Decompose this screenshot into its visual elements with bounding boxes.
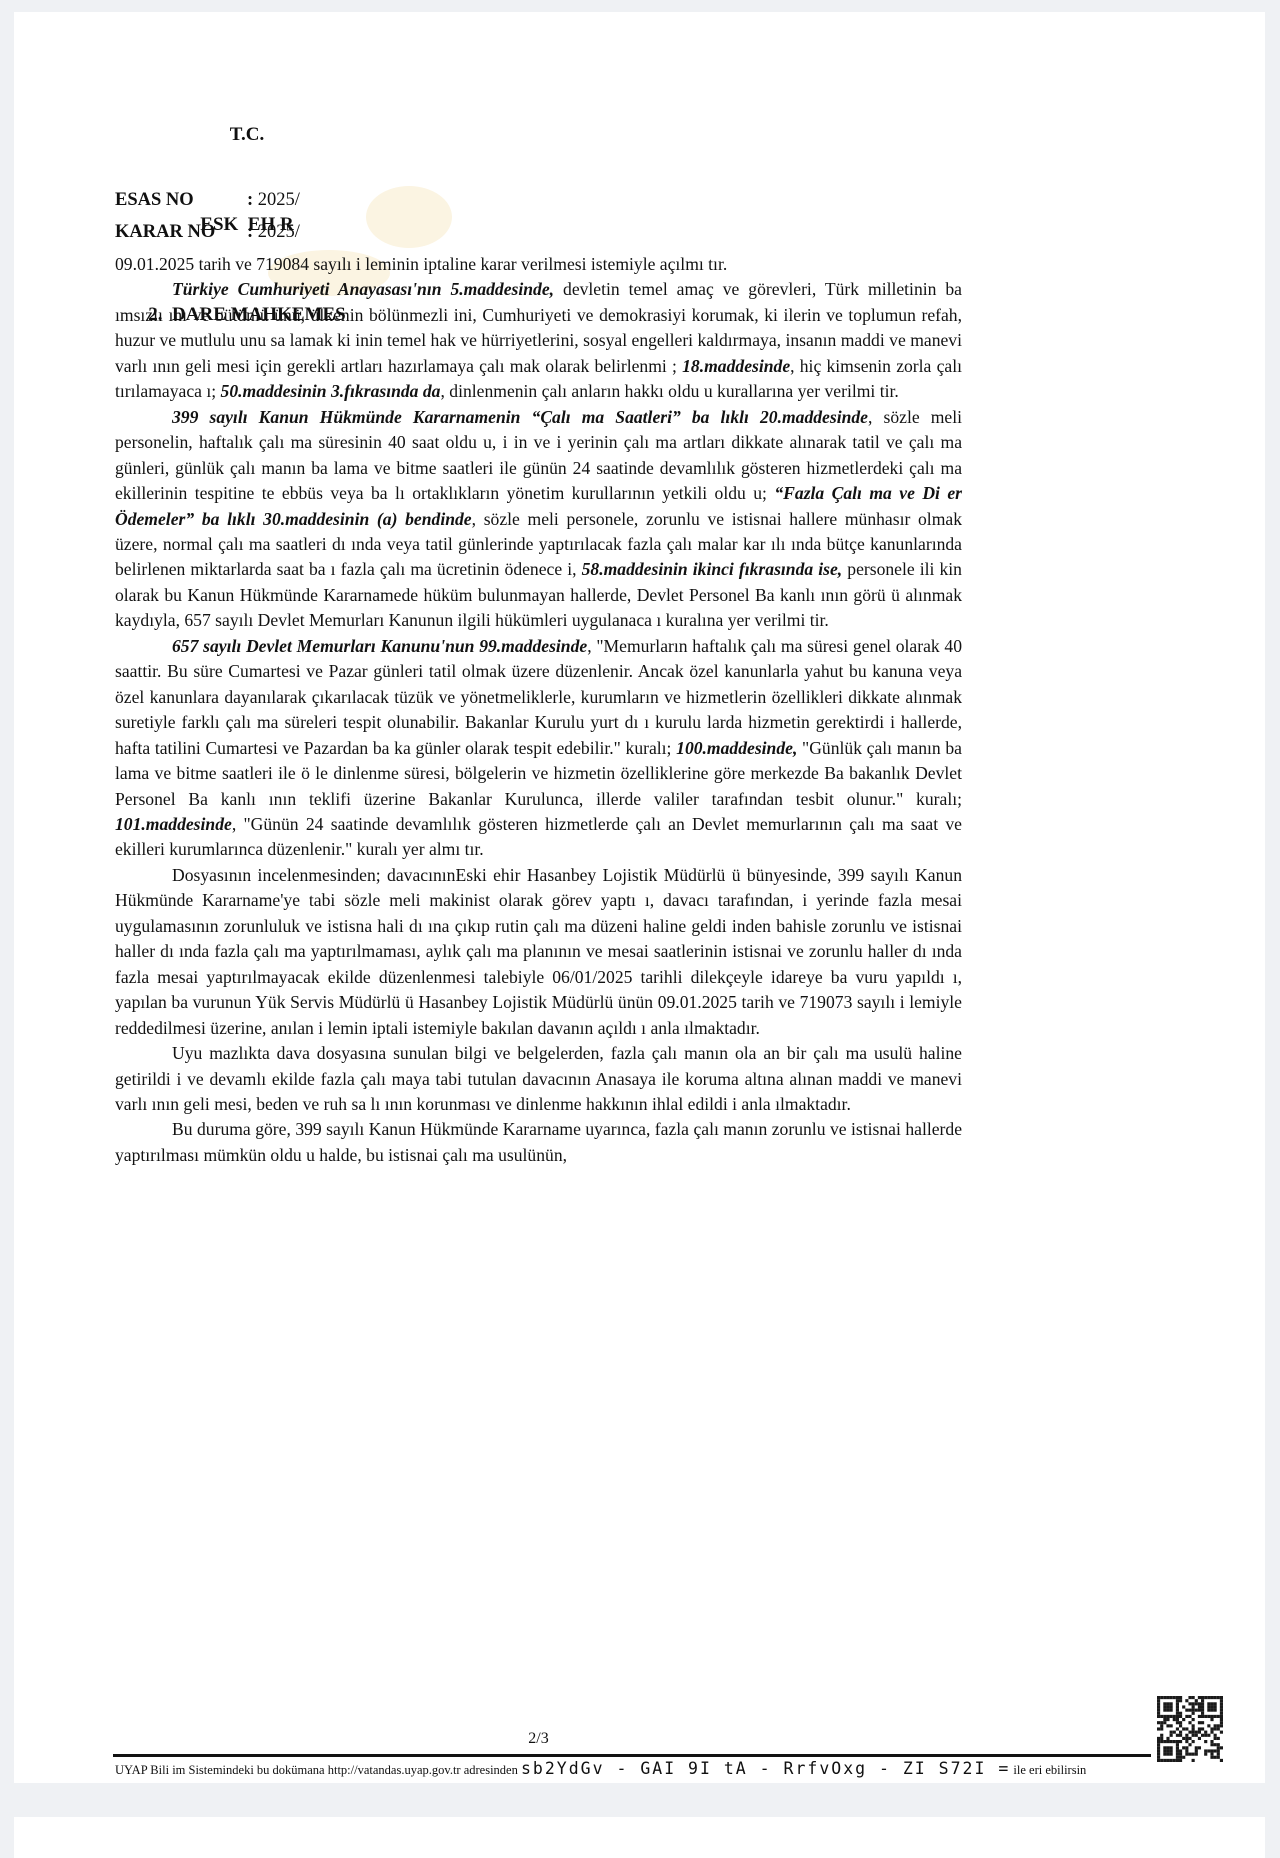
- text-run: , "Günün 24 saatinde devamlılık gösteren…: [115, 814, 962, 859]
- document-page: T.C. ESK EH R 2. DARE MAHKEMES ESAS NO: …: [14, 12, 1265, 1783]
- esas-no-row: ESAS NO: 2025/: [115, 184, 300, 216]
- paragraph: 09.01.2025 tarih ve 719084 sayılı i lemi…: [115, 252, 962, 277]
- text-run: 399 sayılı Kanun Hükmünde Kararnamenin “…: [172, 407, 868, 427]
- text-run: Türkiye Cumhuriyeti Anayasası'nın 5.madd…: [172, 279, 563, 299]
- text-run: Uyu mazlıkta dava dosyasına sunulan bilg…: [115, 1043, 962, 1114]
- text-run: 09.01.2025 tarih ve 719084 sayılı i lemi…: [115, 254, 727, 274]
- page-number: 2/3: [115, 1730, 962, 1748]
- footer-divider: [113, 1754, 1151, 1757]
- karar-no-row: KARAR NO: 2025/: [115, 216, 300, 248]
- paragraph: 399 sayılı Kanun Hükmünde Kararnamenin “…: [115, 405, 962, 634]
- paragraph: Bu duruma göre, 399 sayılı Kanun Hükmünd…: [115, 1117, 962, 1168]
- text-run: Bu duruma göre, 399 sayılı Kanun Hükmünd…: [115, 1119, 962, 1164]
- paragraph: 657 sayılı Devlet Memurları Kanunu'nun 9…: [115, 634, 962, 863]
- redaction-mark: [366, 186, 452, 248]
- text-run: , dinlenmenin çalı anların hakkı oldu u …: [440, 381, 898, 401]
- paragraph: Türkiye Cumhuriyeti Anayasası'nın 5.madd…: [115, 277, 962, 404]
- text-run: 18.maddesinde: [682, 356, 790, 376]
- document-body: 09.01.2025 tarih ve 719084 sayılı i lemi…: [115, 252, 962, 1168]
- esas-no-value: 2025/: [253, 184, 300, 216]
- uyap-access-code: sb2YdGv - GAI 9I tA - RrfvOxg - ZI S72I …: [521, 1759, 1010, 1778]
- uyap-footer: UYAP Bili im Sistemindeki bu dokümana ht…: [115, 1759, 1235, 1778]
- text-run: 101.maddesinde: [115, 814, 232, 834]
- text-run: 58.maddesinin ikinci fıkrasında ise,: [582, 559, 843, 579]
- case-info: ESAS NO: 2025/ KARAR NO: 2025/: [115, 184, 300, 248]
- qr-code-icon: [1157, 1696, 1223, 1762]
- republic-title: T.C.: [115, 120, 379, 150]
- uyap-access-prefix: UYAP Bili im Sistemindeki bu dokümana ht…: [115, 1763, 521, 1778]
- text-run: 100.maddesinde,: [676, 738, 797, 758]
- paragraph: Uyu mazlıkta dava dosyasına sunulan bilg…: [115, 1041, 962, 1117]
- karar-no-label: KARAR NO: [115, 216, 247, 248]
- karar-no-value: 2025/: [253, 216, 300, 248]
- text-run: Dosyasının incelenmesinden; davacınınEsk…: [115, 865, 962, 1038]
- next-page-top-edge: [14, 1817, 1265, 1858]
- text-run: 657 sayılı Devlet Memurları Kanunu'nun 9…: [172, 636, 587, 656]
- uyap-access-suffix: ile eri ebilirsin: [1010, 1763, 1086, 1778]
- paragraph: Dosyasının incelenmesinden; davacınınEsk…: [115, 863, 962, 1041]
- pdf-viewport: { "document": { "kind": "court-decision-…: [0, 0, 1280, 1858]
- text-run: 50.maddesinin 3.fıkrasında da: [221, 381, 441, 401]
- qr-code-svg: [1157, 1696, 1223, 1762]
- esas-no-label: ESAS NO: [115, 184, 247, 216]
